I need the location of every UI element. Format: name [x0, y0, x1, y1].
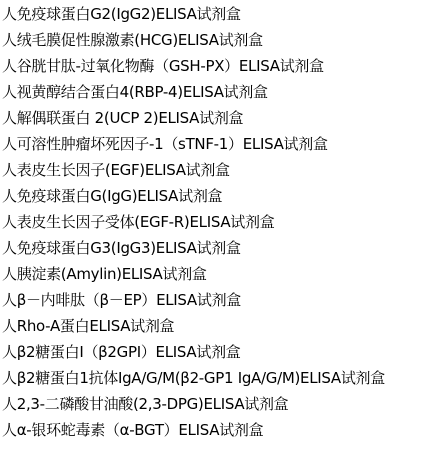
list-item[interactable]: 人胰淀素(Amylin)ELISA试剂盒 — [2, 262, 438, 288]
list-item[interactable]: 人表皮生长因子受体(EGF-R)ELISA试剂盒 — [2, 210, 438, 236]
list-item[interactable]: 人免疫球蛋白G3(IgG3)ELISA试剂盒 — [2, 236, 438, 262]
list-item[interactable]: 人免疫球蛋白G2(IgG2)ELISA试剂盒 — [2, 2, 438, 28]
list-item[interactable]: 人β－内啡肽（β－EP）ELISA试剂盒 — [2, 288, 438, 314]
list-item[interactable]: 人β2糖蛋白1抗体IgA/G/M(β2-GP1 IgA/G/M)ELISA试剂盒 — [2, 366, 438, 392]
list-item[interactable]: 人解偶联蛋白 2(UCP 2)ELISA试剂盒 — [2, 106, 438, 132]
list-item[interactable]: 人视黄醇结合蛋白4(RBP-4)ELISA试剂盒 — [2, 80, 438, 106]
list-item[interactable]: 人Rho-A蛋白ELISA试剂盒 — [2, 314, 438, 340]
list-item[interactable]: 人β2糖蛋白Ⅰ（β2GPⅠ）ELISA试剂盒 — [2, 340, 438, 366]
product-list: 人免疫球蛋白G2(IgG2)ELISA试剂盒 人绒毛膜促性腺激素(HCG)ELI… — [0, 0, 438, 444]
list-item[interactable]: 人绒毛膜促性腺激素(HCG)ELISA试剂盒 — [2, 28, 438, 54]
list-item[interactable]: 人表皮生长因子(EGF)ELISA试剂盒 — [2, 158, 438, 184]
list-item[interactable]: 人2,3-二磷酸甘油酸(2,3-DPG)ELISA试剂盒 — [2, 392, 438, 418]
list-item[interactable]: 人谷胱甘肽-过氧化物酶（GSH-PX）ELISA试剂盒 — [2, 54, 438, 80]
list-item[interactable]: 人可溶性肿瘤坏死因子-1（sTNF-1）ELISA试剂盒 — [2, 132, 438, 158]
list-item[interactable]: 人免疫球蛋白G(IgG)ELISA试剂盒 — [2, 184, 438, 210]
list-item[interactable]: 人α-银环蛇毒素（α-BGT）ELISA试剂盒 — [2, 418, 438, 444]
